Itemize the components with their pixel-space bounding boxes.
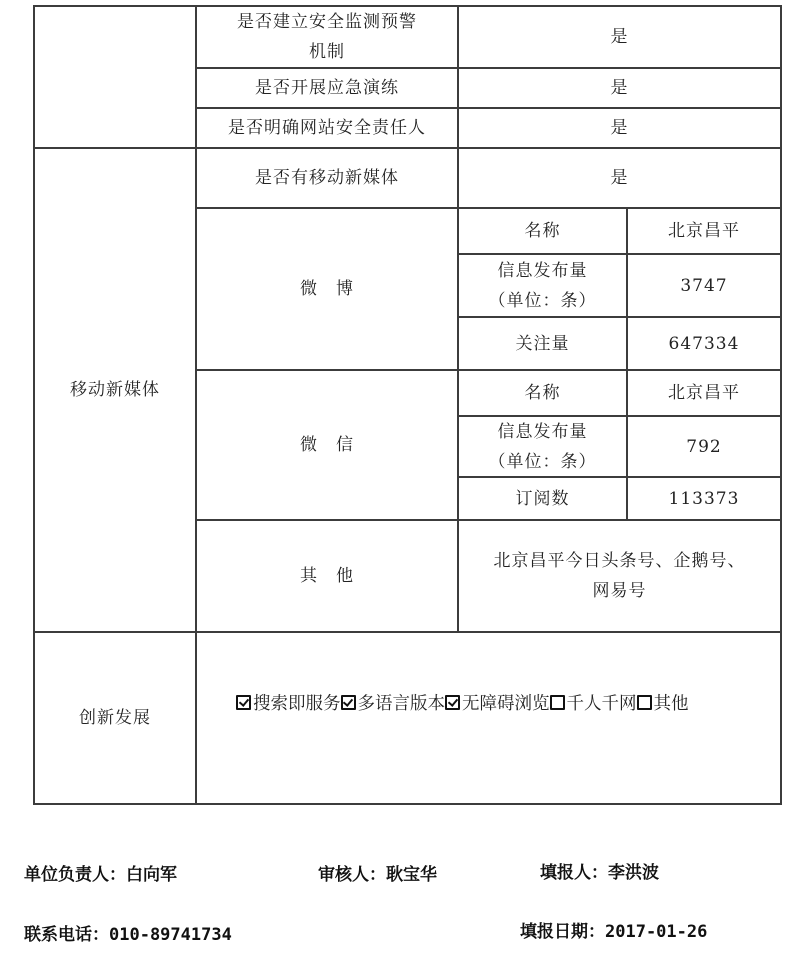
table-border-bottom xyxy=(33,803,782,805)
table-border-right xyxy=(780,5,782,805)
checkbox-checked-icon[interactable] xyxy=(341,695,356,710)
option-personalized[interactable]: 千人千网 xyxy=(550,690,637,715)
security-monitoring-label: 是否建立安全监测预警 机制 xyxy=(197,7,457,67)
security-owner-label: 是否明确网站安全责任人 xyxy=(197,109,457,147)
wechat-posts-label: 信息发布量 （单位：条） xyxy=(459,417,626,476)
value-line: 网易号 xyxy=(593,576,647,606)
contact-phone: 联系电话：010-89741734 xyxy=(24,920,232,945)
checkbox-checked-icon[interactable] xyxy=(445,695,460,710)
label-line: 信息发布量 xyxy=(498,417,588,447)
emergency-drill-label: 是否开展应急演练 xyxy=(197,69,457,107)
label-line: （单位：条） xyxy=(489,286,597,316)
option-label: 其他 xyxy=(654,690,689,715)
has-mobile-media-value: 是 xyxy=(459,149,780,207)
label-line: 信息发布量 xyxy=(498,256,588,286)
other-media-label: 其 他 xyxy=(197,521,457,631)
option-multilingual[interactable]: 多语言版本 xyxy=(341,690,446,715)
filler: 填报人：李洪波 xyxy=(540,858,659,883)
checkbox-unchecked-icon[interactable] xyxy=(550,695,565,710)
option-label: 无障碍浏览 xyxy=(462,690,550,715)
option-accessibility[interactable]: 无障碍浏览 xyxy=(445,690,550,715)
wechat-label: 微 信 xyxy=(197,371,457,519)
unit-head: 单位负责人：白向军 xyxy=(24,860,177,885)
wechat-subscribers-label: 订阅数 xyxy=(459,478,626,519)
fill-date: 填报日期：2017-01-26 xyxy=(520,917,707,942)
label-line: （单位：条） xyxy=(489,447,597,477)
wechat-posts-value: 792 xyxy=(628,417,780,476)
label-line: 机制 xyxy=(309,37,345,67)
weibo-posts-value: 3747 xyxy=(628,255,780,316)
innovation-section-label: 创新发展 xyxy=(35,633,195,803)
weibo-name-value: 北京昌平 xyxy=(628,209,780,253)
reviewer: 审核人：耿宝华 xyxy=(318,860,437,885)
security-owner-value: 是 xyxy=(459,109,780,147)
option-label: 千人千网 xyxy=(567,690,637,715)
mobile-media-section-label: 移动新媒体 xyxy=(35,149,195,631)
security-monitoring-value: 是 xyxy=(459,7,780,67)
weibo-label: 微 博 xyxy=(197,209,457,369)
has-mobile-media-label: 是否有移动新媒体 xyxy=(197,149,457,207)
emergency-drill-value: 是 xyxy=(459,69,780,107)
option-label: 搜索即服务 xyxy=(253,690,341,715)
other-media-value: 北京昌平今日头条号、企鹅号、 网易号 xyxy=(459,521,780,631)
weibo-followers-label: 关注量 xyxy=(459,318,626,369)
wechat-name-label: 名称 xyxy=(459,371,626,415)
innovation-options: 搜索即服务 多语言版本 无障碍浏览 千人千网 其他 xyxy=(236,690,689,715)
checkbox-checked-icon[interactable] xyxy=(236,695,251,710)
value-line: 北京昌平今日头条号、企鹅号、 xyxy=(494,546,746,576)
wechat-name-value: 北京昌平 xyxy=(628,371,780,415)
checkbox-unchecked-icon[interactable] xyxy=(637,695,652,710)
option-label: 多语言版本 xyxy=(358,690,446,715)
label-line: 是否建立安全监测预警 xyxy=(237,7,417,37)
wechat-subscribers-value: 113373 xyxy=(628,478,780,519)
option-other[interactable]: 其他 xyxy=(637,690,689,715)
weibo-posts-label: 信息发布量 （单位：条） xyxy=(459,255,626,316)
option-search-as-service[interactable]: 搜索即服务 xyxy=(236,690,341,715)
weibo-followers-value: 647334 xyxy=(628,318,780,369)
weibo-name-label: 名称 xyxy=(459,209,626,253)
